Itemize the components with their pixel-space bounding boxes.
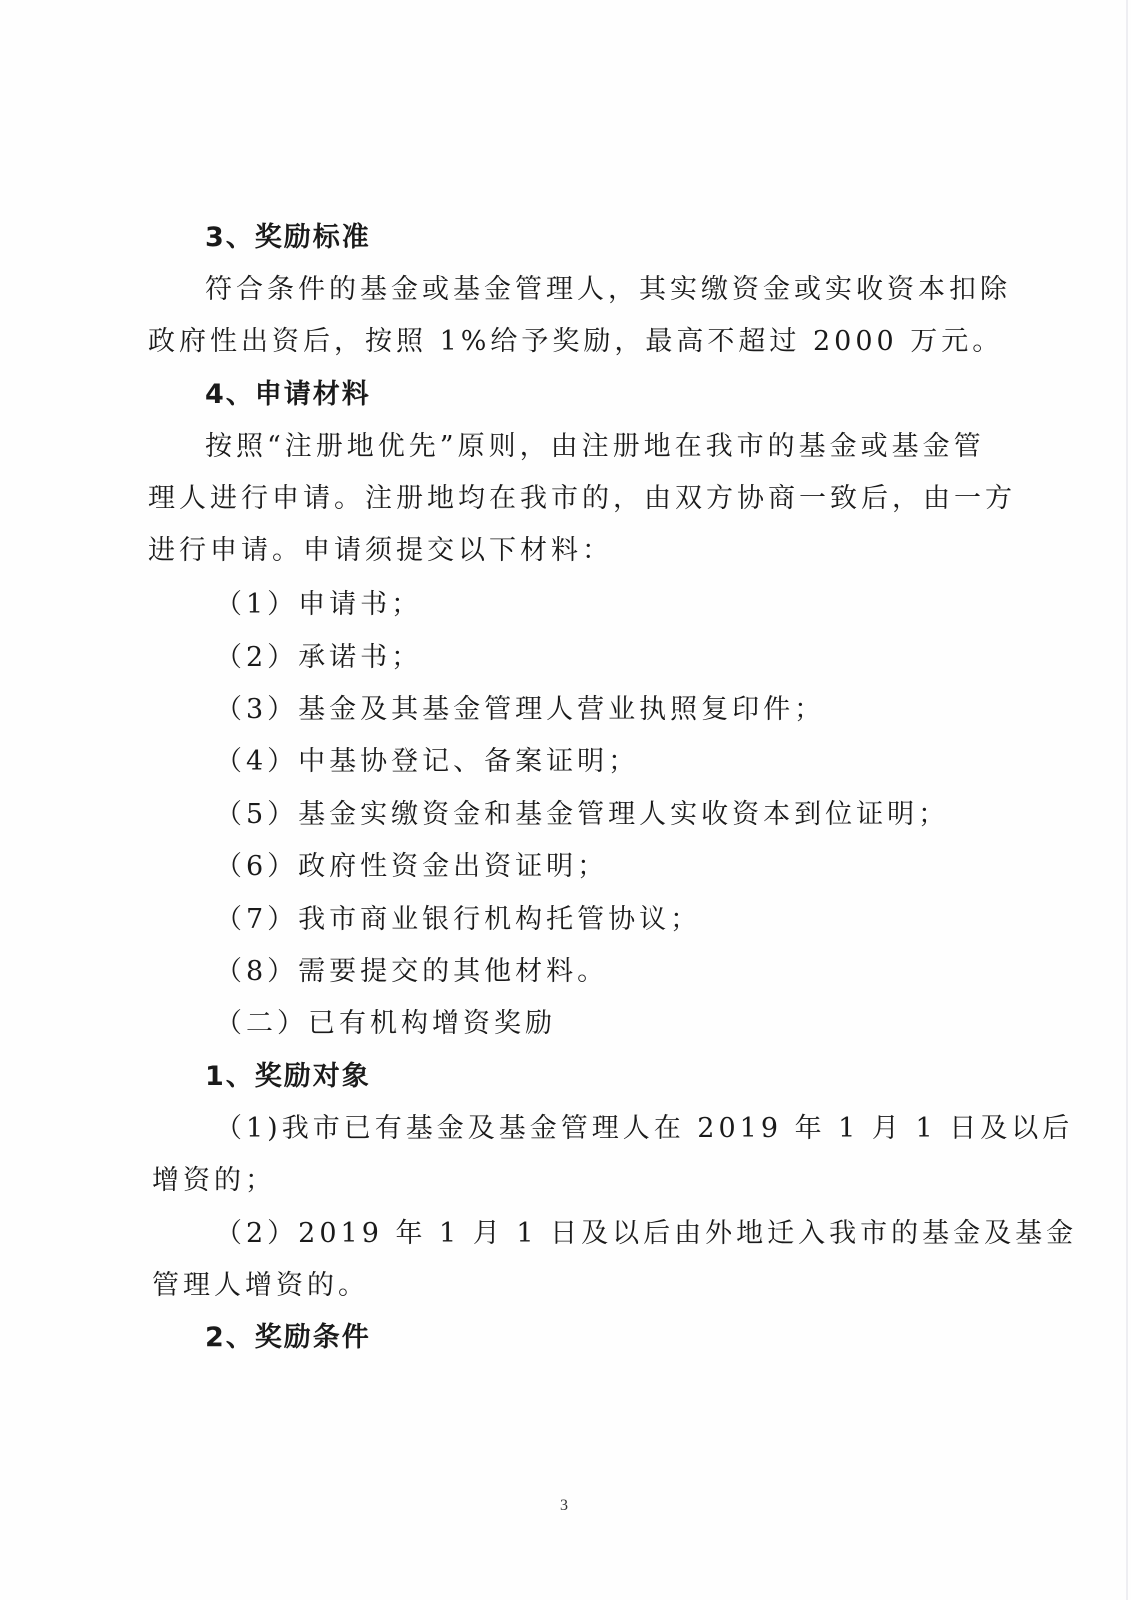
page-number: 3 <box>560 1497 568 1515</box>
part-heading-existing-institution-capital-increase: （二）已有机构增资奖励 <box>215 1006 556 1042</box>
section-heading-application-materials: 4、申请材料 <box>205 377 371 413</box>
list-item: （1）申请书； <box>215 587 422 623</box>
paragraph-line: 政府性出资后，按照 1%给予奖励，最高不超过 2000 万元。 <box>148 324 1003 360</box>
section-heading-award-standard: 3、奖励标准 <box>205 220 371 256</box>
paragraph-line: 进行申请。申请须提交以下材料： <box>148 533 613 569</box>
list-item: （8）需要提交的其他材料。 <box>215 954 608 990</box>
list-item: （7）我市商业银行机构托管协议； <box>215 902 701 938</box>
paragraph-line: 增资的； <box>152 1163 276 1199</box>
list-item: （2）承诺书； <box>215 640 422 676</box>
list-item: （6）政府性资金出资证明； <box>215 849 608 885</box>
scan-edge <box>1126 0 1128 1600</box>
list-item: （3）基金及其基金管理人营业执照复印件； <box>215 692 825 728</box>
document-page: 3、奖励标准 符合条件的基金或基金管理人，其实缴资金或实收资本扣除 政府性出资后… <box>0 0 1131 1600</box>
paragraph-line: 按照“注册地优先”原则，由注册地在我市的基金或基金管 <box>205 429 985 465</box>
paragraph-line: 符合条件的基金或基金管理人，其实缴资金或实收资本扣除 <box>205 272 965 308</box>
list-item: （5）基金实缴资金和基金管理人实收资本到位证明； <box>215 797 949 833</box>
paragraph-line: 理人进行申请。注册地均在我市的，由双方协商一致后，由一方 <box>148 481 1016 517</box>
section-heading-award-conditions: 2、奖励条件 <box>205 1320 371 1356</box>
list-item: （4）中基协登记、备案证明； <box>215 744 639 780</box>
paragraph-line: （2）2019 年 1 月 1 日及以后由外地迁入我市的基金及基金 <box>215 1216 1077 1252</box>
section-heading-award-target: 1、奖励对象 <box>205 1059 371 1095</box>
paragraph-line: （1)我市已有基金及基金管理人在 2019 年 1 月 1 日及以后 <box>215 1111 1073 1147</box>
paragraph-line: 管理人增资的。 <box>152 1268 369 1304</box>
